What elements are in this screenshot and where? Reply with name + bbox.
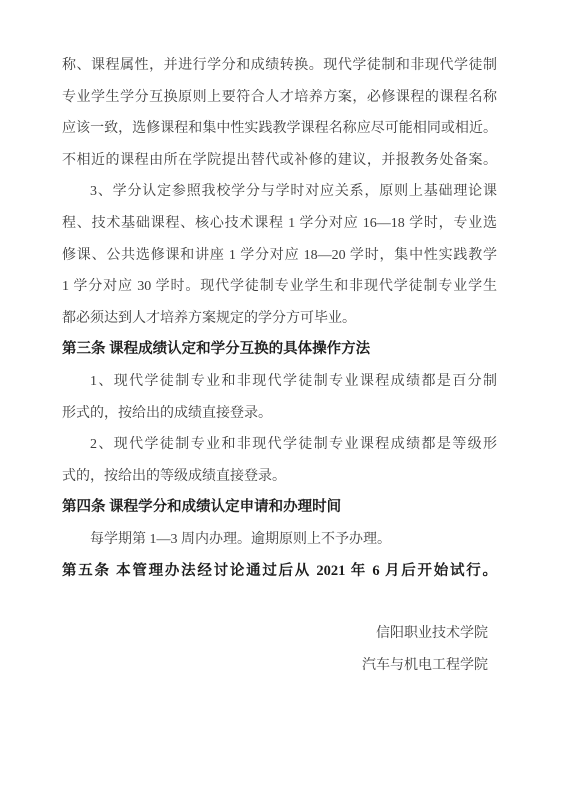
heading-article-4: 第四条 课程学分和成绩认定申请和办理时间 (62, 492, 497, 524)
para-credit-hours-line-1: 3、学分认定参照我校学分与学时对应关系，原则上基础理论课 (62, 176, 497, 208)
signature-block: 信阳职业技术学院 汽车与机电工程学院 (62, 618, 497, 682)
para-percent-grade-line-2: 形式的，按给出的成绩直接登录。 (62, 398, 497, 430)
para-credit-hours-line-5: 都必须达到人才培养方案规定的学分方可毕业。 (62, 303, 497, 335)
heading-article-5: 第五条 本管理办法经讨论通过后从 2021 年 6 月后开始试行。 (62, 556, 497, 588)
para-level-grade-line-1: 2、现代学徒制专业和非现代学徒制专业课程成绩都是等级形 (62, 429, 497, 461)
para-level-grade-line-2: 式的，按给出的等级成绩直接登录。 (62, 461, 497, 493)
para-continuation-line-4: 不相近的课程由所在学院提出替代或补修的建议，并报教务处备案。 (62, 145, 497, 177)
para-credit-hours-line-2: 程、技术基础课程、核心技术课程 1 学分对应 16—18 学时，专业选 (62, 208, 497, 240)
para-percent-grade-line-1: 1、现代学徒制专业和非现代学徒制专业课程成绩都是百分制 (62, 366, 497, 398)
para-continuation-line-1: 称、课程属性，并进行学分和成绩转换。现代学徒制和非现代学徒制 (62, 50, 497, 82)
document-page: 称、课程属性，并进行学分和成绩转换。现代学徒制和非现代学徒制 专业学生学分互换原… (0, 0, 563, 806)
heading-article-3: 第三条 课程成绩认定和学分互换的具体操作方法 (62, 334, 497, 366)
signature-college: 汽车与机电工程学院 (62, 650, 497, 682)
para-continuation-line-3: 应该一致，选修课程和集中性实践教学课程名称应尽可能相同或相近。 (62, 113, 497, 145)
para-credit-hours-line-4: 1 学分对应 30 学时。现代学徒制专业学生和非现代学徒制专业学生 (62, 271, 497, 303)
signature-institution: 信阳职业技术学院 (62, 618, 497, 650)
para-credit-hours-line-3: 修课、公共选修课和讲座 1 学分对应 18—20 学时，集中性实践教学 (62, 240, 497, 272)
para-continuation-line-2: 专业学生学分互换原则上要符合人才培养方案，必修课程的课程名称 (62, 82, 497, 114)
para-deadline-line: 每学期第 1—3 周内办理。逾期原则上不予办理。 (62, 524, 497, 556)
